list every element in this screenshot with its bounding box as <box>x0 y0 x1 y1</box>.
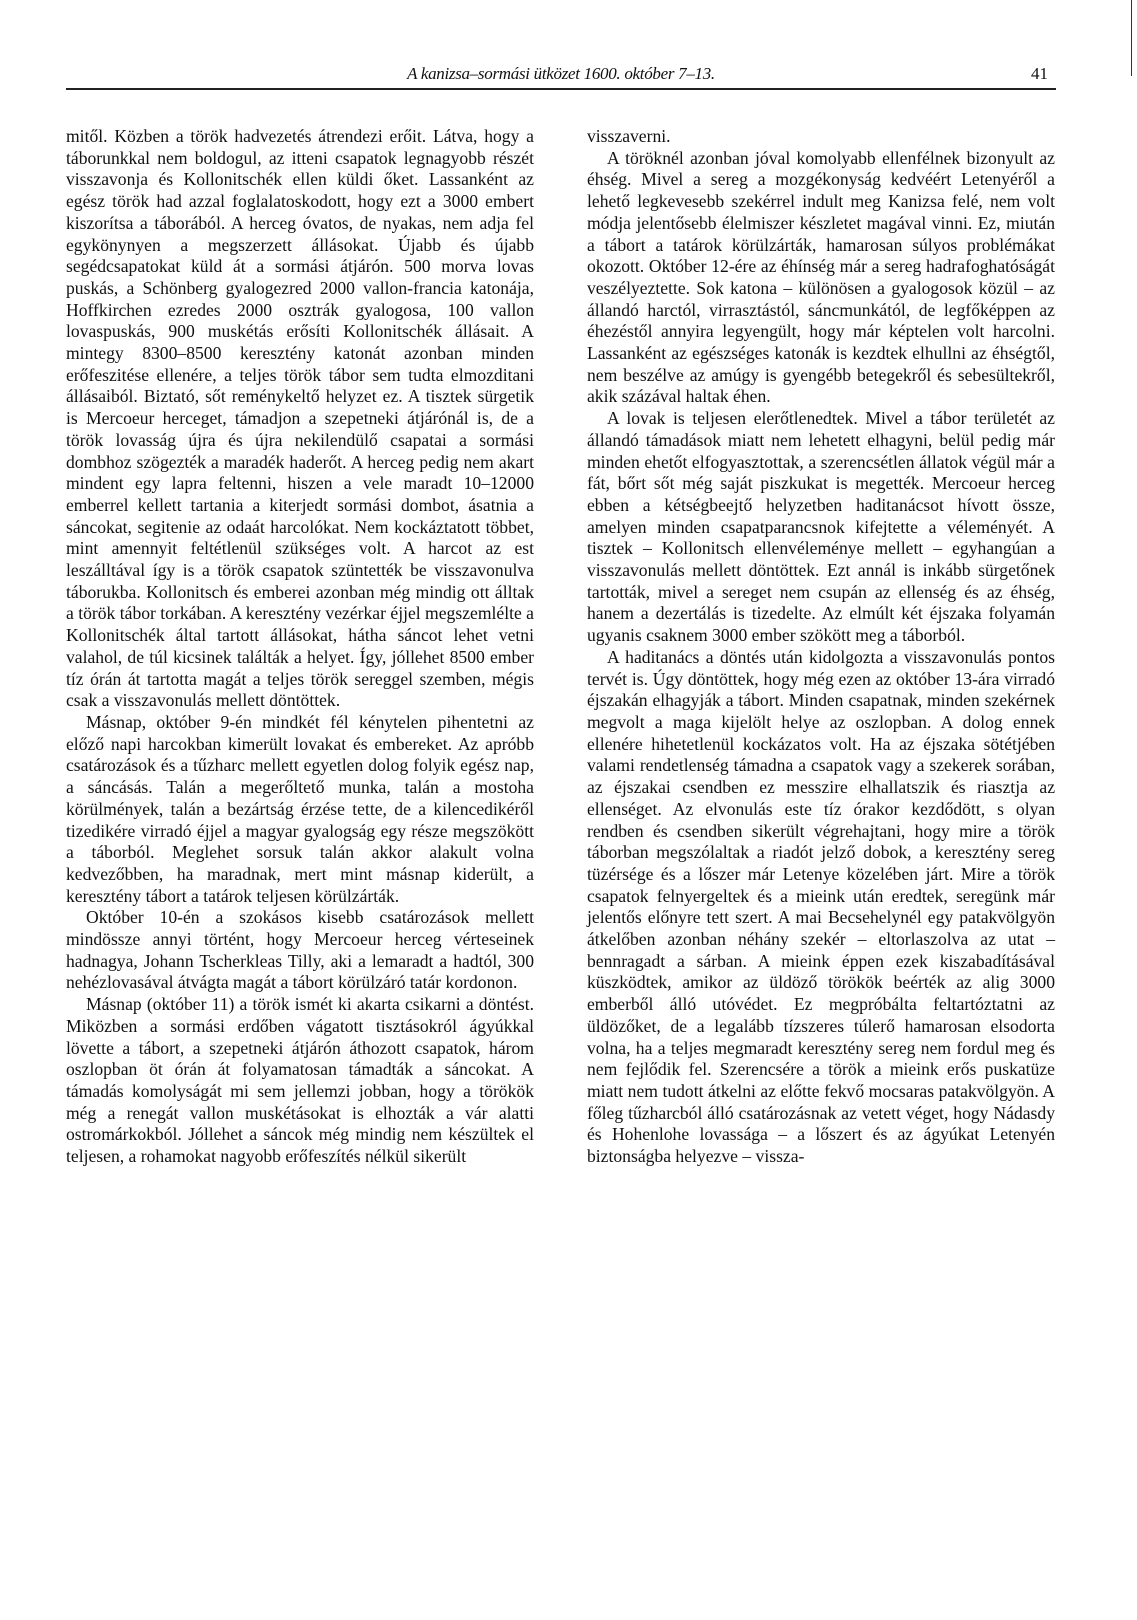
page-edge-line <box>1131 0 1132 76</box>
running-header: A kanizsa–sormási ütközet 1600. október … <box>66 62 1056 90</box>
paragraph: mitől. Közben a török hadvezetés átrende… <box>66 126 534 712</box>
right-column: visszaverni. A töröknél azonban jóval ko… <box>587 126 1055 1168</box>
document-page: A kanizsa–sormási ütközet 1600. október … <box>0 0 1137 1620</box>
paragraph: A haditanács a döntés után kidolgozta a … <box>587 647 1055 1168</box>
paragraph: A lovak is teljesen elerőtlenedtek. Mive… <box>587 408 1055 647</box>
paragraph: visszaverni. <box>587 126 1055 148</box>
page-number: 41 <box>1031 64 1048 84</box>
running-title: A kanizsa–sormási ütközet 1600. október … <box>66 64 1056 84</box>
paragraph: Másnap (október 11) a török ismét ki aka… <box>66 994 534 1168</box>
paragraph: A töröknél azonban jóval komolyabb ellen… <box>587 148 1055 408</box>
paragraph: Október 10-én a szokásos kisebb csatároz… <box>66 907 534 994</box>
paragraph: Másnap, október 9-én mindkét fél kénytel… <box>66 712 534 907</box>
left-column: mitől. Közben a török hadvezetés átrende… <box>66 126 534 1168</box>
